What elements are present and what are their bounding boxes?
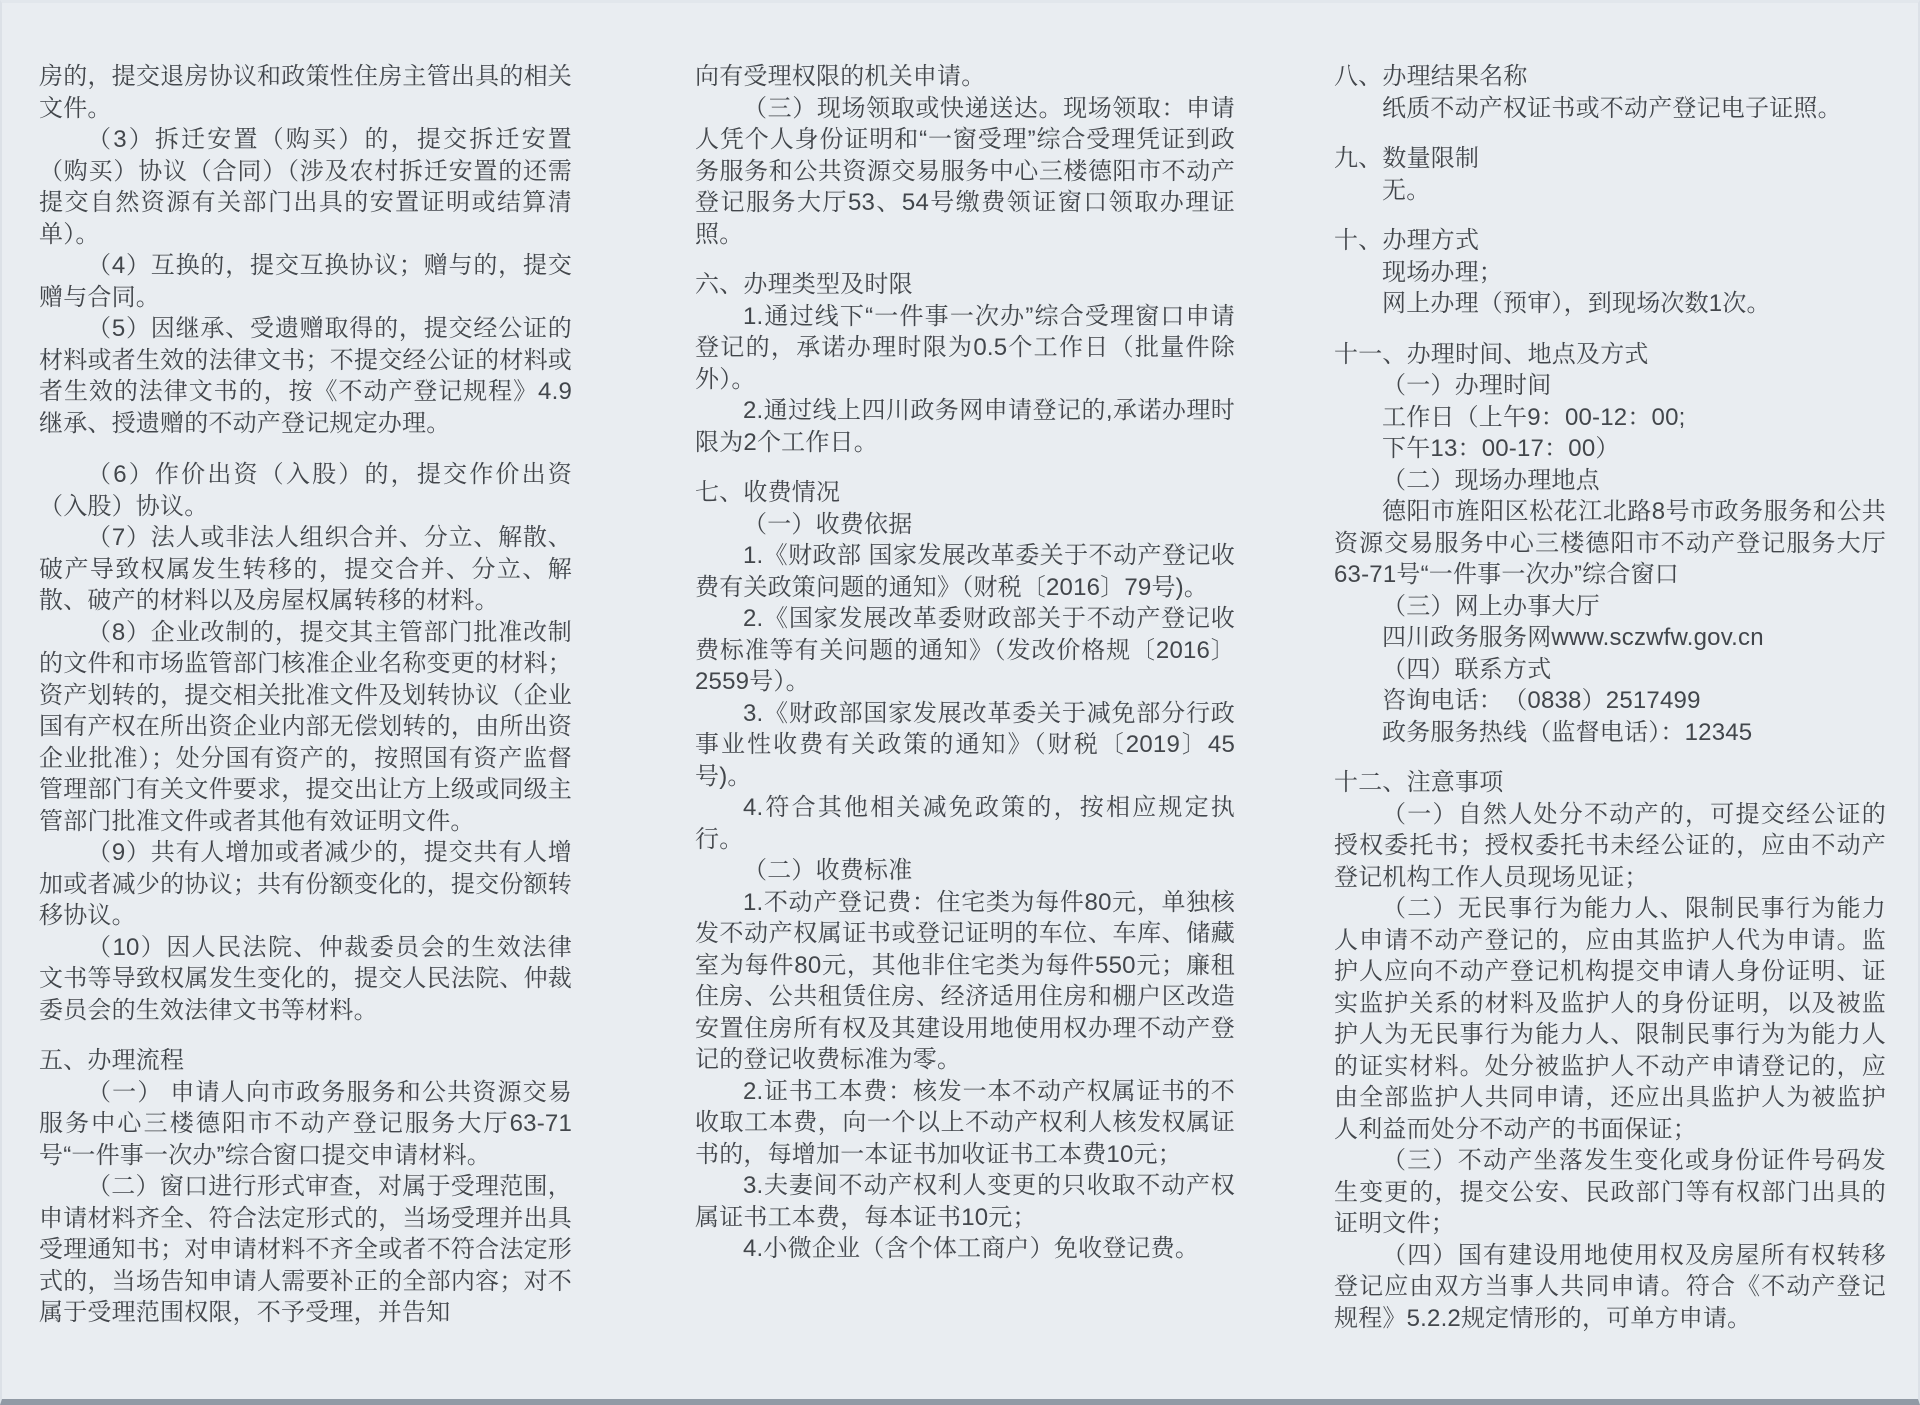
paragraph: 向有受理权限的机关申请。 bbox=[695, 61, 1235, 93]
paragraph: （一） 申请人向市政务服务和公共资源交易服务中心三楼德阳市不动产登记服务大厅63… bbox=[39, 1077, 572, 1172]
column-right: 八、办理结果名称纸质不动产权证书或不动产登记电子证照。九、数量限制无。十、办理方… bbox=[1334, 61, 1886, 1334]
paragraph: （一）收费依据 bbox=[695, 509, 1235, 541]
paragraph: 纸质不动产权证书或不动产登记电子证照。 bbox=[1334, 93, 1886, 125]
paragraph: 2.通过线上四川政务网申请登记的,承诺办理时限为2个工作日。 bbox=[695, 395, 1235, 458]
paragraph: （7）法人或非法人组织合并、分立、解散、破产导致权属发生转移的，提交合并、分立、… bbox=[39, 522, 572, 617]
paragraph: （9）共有人增加或者减少的，提交共有人增加或者减少的协议；共有份额变化的，提交份… bbox=[39, 837, 572, 932]
paragraph: （一）办理时间 bbox=[1334, 370, 1886, 402]
paragraph: （三）不动产坐落发生变化或身份证件号码发生变更的，提交公安、民政部门等有权部门出… bbox=[1334, 1145, 1886, 1240]
document-page: 房的，提交退房协议和政策性住房主管出具的相关文件。（3）拆迁安置（购买）的，提交… bbox=[0, 0, 1920, 1405]
paragraph: （8）企业改制的，提交其主管部门批准改制的文件和市场监管部门核准企业名称变更的材… bbox=[39, 617, 572, 838]
paragraph: 2.《国家发展改革委财政部关于不动产登记收费标准等有关问题的通知》（发改价格规〔… bbox=[695, 603, 1235, 698]
paragraph: 现场办理； bbox=[1334, 257, 1886, 289]
section-gap bbox=[39, 439, 572, 459]
column-left: 房的，提交退房协议和政策性住房主管出具的相关文件。（3）拆迁安置（购买）的，提交… bbox=[39, 61, 572, 1329]
paragraph: （四）国有建设用地使用权及房屋所有权转移登记应由双方当事人共同申请。符合《不动产… bbox=[1334, 1240, 1886, 1335]
column-middle: 向有受理权限的机关申请。（三）现场领取或快递送达。现场领取：申请人凭个人身份证明… bbox=[695, 61, 1235, 1265]
section-heading: 九、数量限制 bbox=[1334, 143, 1886, 175]
paragraph: （四）联系方式 bbox=[1334, 654, 1886, 686]
paragraph: 3.夫妻间不动产权利人变更的只收取不动产权属证书工本费，每本证书10元； bbox=[695, 1170, 1235, 1233]
paragraph: （一）自然人处分不动产的，可提交经公证的授权委托书；授权委托书未经公证的，应由不… bbox=[1334, 799, 1886, 894]
section-heading: 六、办理类型及时限 bbox=[695, 269, 1235, 301]
paragraph: 德阳市旌阳区松花江北路8号市政务服务和公共资源交易服务中心三楼德阳市不动产登记服… bbox=[1334, 496, 1886, 591]
paragraph: 1.《财政部 国家发展改革委关于不动产登记收费有关政策问题的通知》（财税〔201… bbox=[695, 540, 1235, 603]
paragraph: 网上办理（预审），到现场次数1次。 bbox=[1334, 288, 1886, 320]
section-heading: 八、办理结果名称 bbox=[1334, 61, 1886, 93]
paragraph: （二）现场办理地点 bbox=[1334, 465, 1886, 497]
section-heading: 十一、办理时间、地点及方式 bbox=[1334, 339, 1886, 371]
paragraph: 3.《财政部国家发展改革委关于减免部分行政事业性收费有关政策的通知》（财税〔20… bbox=[695, 698, 1235, 793]
paragraph: （二）收费标准 bbox=[695, 855, 1235, 887]
paragraph: （3）拆迁安置（购买）的，提交拆迁安置（购买）协议（合同）（涉及农村拆迁安置的还… bbox=[39, 124, 572, 250]
paragraph: 1.通过线下“一件事一次办”综合受理窗口申请登记的，承诺办理时限为0.5个工作日… bbox=[695, 301, 1235, 396]
paragraph: 4.符合其他相关减免政策的，按相应规定执行。 bbox=[695, 792, 1235, 855]
paragraph: 工作日（上午9：00-12：00; bbox=[1334, 402, 1886, 434]
paragraph: （三）现场领取或快递送达。现场领取：申请人凭个人身份证明和“一窗受理”综合受理凭… bbox=[695, 93, 1235, 251]
paragraph: （二）窗口进行形式审查，对属于受理范围，申请材料齐全、符合法定形式的，当场受理并… bbox=[39, 1171, 572, 1329]
section-heading: 十二、注意事项 bbox=[1334, 767, 1886, 799]
paragraph: 下午13：00-17：00） bbox=[1334, 433, 1886, 465]
paragraph: 2.证书工本费：核发一本不动产权属证书的不收取工本费，向一个以上不动产权利人核发… bbox=[695, 1076, 1235, 1171]
paragraph: （5）因继承、受遗赠取得的，提交经公证的材料或者生效的法律文书；不提交经公证的材… bbox=[39, 313, 572, 439]
paragraph: （4）互换的，提交互换协议；赠与的，提交赠与合同。 bbox=[39, 250, 572, 313]
paragraph: 咨询电话： （0838）2517499 bbox=[1334, 685, 1886, 717]
paragraph: 房的，提交退房协议和政策性住房主管出具的相关文件。 bbox=[39, 61, 572, 124]
paragraph: （10）因人民法院、仲裁委员会的生效法律文书等导致权属发生变化的，提交人民法院、… bbox=[39, 932, 572, 1027]
paragraph: 四川政务服务网www.sczwfw.gov.cn bbox=[1334, 622, 1886, 654]
section-heading: 十、办理方式 bbox=[1334, 225, 1886, 257]
paragraph: 无。 bbox=[1334, 175, 1886, 207]
paragraph: （二）无民事行为能力人、限制民事行为能力人申请不动产登记的，应由其监护人代为申请… bbox=[1334, 893, 1886, 1145]
paragraph: （6）作价出资（入股）的，提交作价出资（入股）协议。 bbox=[39, 459, 572, 522]
section-heading: 七、收费情况 bbox=[695, 477, 1235, 509]
paragraph: 政务服务热线（监督电话）：12345 bbox=[1334, 717, 1886, 749]
paragraph: 4.小微企业（含个体工商户）免收登记费。 bbox=[695, 1233, 1235, 1265]
paragraph: 1.不动产登记费：住宅类为每件80元，单独核发不动产权属证书或登记证明的车位、车… bbox=[695, 887, 1235, 1076]
section-heading: 五、办理流程 bbox=[39, 1045, 572, 1077]
paragraph: （三）网上办事大厅 bbox=[1334, 591, 1886, 623]
